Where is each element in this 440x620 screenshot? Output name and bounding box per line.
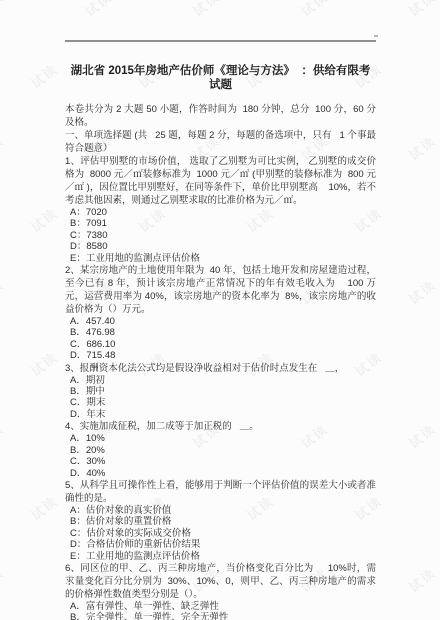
page-content: 湖北省 2015年房地产估价师《理论与方法》 ：供给有限考试题 本卷共分为 2 … bbox=[65, 0, 376, 620]
section-heading: 一、单项选择题 (共 25 题，每题 2 分，每题的备选项中，只有 1 个事最符… bbox=[65, 129, 376, 155]
question-option: A．富有弹性、单一弹性、缺乏弹性 bbox=[65, 601, 376, 612]
question-stem: 2、某宗房地产的土地使用年限为 40 年，包括土地开发和房屋建造过程， 至今已有… bbox=[65, 264, 376, 316]
header-rule bbox=[65, 40, 376, 42]
watermark-text: 试读 bbox=[404, 0, 439, 20]
question-option: B．476.98 bbox=[65, 327, 376, 338]
questions: 1、评估甲别墅的市场价值， 选取了乙别墅为可比实例， 乙别墅的成交价格为 800… bbox=[65, 155, 376, 620]
watermark-text: 试读 bbox=[26, 491, 61, 524]
question-option: B：7091 bbox=[65, 218, 376, 229]
question-stem: 3、报酬资本化法公式均是假设净收益相对于估价时点发生在 ＿， bbox=[65, 362, 376, 375]
watermark-text: 试读 bbox=[404, 275, 439, 308]
question-option: E：工业用地的监测点评估价格 bbox=[65, 551, 376, 562]
exam-summary: 本卷共分为 2 大题 50 小题，作答时间为 180 分钟，总分 100 分，6… bbox=[65, 103, 376, 129]
question-stem: 5、从科学且可操作性上看，能够用于判断一个评估价值的误差大小或者准确性的是。 bbox=[65, 479, 376, 505]
question-option: D．40% bbox=[65, 468, 376, 479]
question-option: A：7020 bbox=[65, 207, 376, 218]
question-option: B．期中 bbox=[65, 386, 376, 397]
question-option: D．715.48 bbox=[65, 350, 376, 361]
watermark-text: 试读 bbox=[0, 131, 8, 164]
page-title: 湖北省 2015年房地产估价师《理论与方法》 ：供给有限考试题 bbox=[65, 64, 376, 92]
scan-artifact bbox=[66, 576, 72, 583]
watermark-text: 试读 bbox=[404, 419, 439, 452]
question-option: A：估价对象的真实价值 bbox=[65, 505, 376, 516]
question-option: E：工业用地的监测点评估价格 bbox=[65, 253, 376, 264]
watermark-text: 试读 bbox=[0, 563, 8, 596]
watermark-text: 试读 bbox=[26, 203, 61, 236]
watermark-text: 试读 bbox=[404, 131, 439, 164]
question-option: B．20% bbox=[65, 445, 376, 456]
question-option: D．年末 bbox=[65, 409, 376, 420]
watermark-text: 试读 bbox=[0, 0, 8, 20]
question-option: B：估价对象的重置价格 bbox=[65, 516, 376, 527]
question-option: C：估价对象的实际成交价格 bbox=[65, 528, 376, 539]
question-option: D：8580 bbox=[65, 241, 376, 252]
question-option: C．686.10 bbox=[65, 339, 376, 350]
rule-tick bbox=[374, 35, 378, 37]
watermark-text: 试读 bbox=[404, 563, 439, 596]
question-option: C．30% bbox=[65, 456, 376, 467]
question-option: B．完全弹性、单一弹性、完全无弹性 bbox=[65, 612, 376, 620]
question-option: A．457.40 bbox=[65, 316, 376, 327]
watermark-text: 试读 bbox=[0, 419, 8, 452]
watermark-text: 试读 bbox=[26, 347, 61, 380]
question-option: C：7380 bbox=[65, 230, 376, 241]
question-stem: 1、评估甲别墅的市场价值， 选取了乙别墅为可比实例， 乙别墅的成交价格为 800… bbox=[65, 155, 376, 207]
scanned-exam-page: { "document": { "watermark": "试读", "titl… bbox=[0, 0, 440, 620]
question-option: C．期末 bbox=[65, 397, 376, 408]
question-option: A．期初 bbox=[65, 375, 376, 386]
question-stem: 4、实施加成征税，加二成等于加正税的 ＿。 bbox=[65, 420, 376, 433]
watermark-text: 试读 bbox=[0, 275, 8, 308]
question-option: D：合格估价师的重新估价结果 bbox=[65, 539, 376, 550]
watermark-text: 试读 bbox=[26, 59, 61, 92]
question-stem: 6、同区位的甲、乙、丙三种房地产，当价格变化百分比为 10%时，需求量变化百分比… bbox=[65, 562, 376, 601]
question-option: A．10% bbox=[65, 433, 376, 444]
